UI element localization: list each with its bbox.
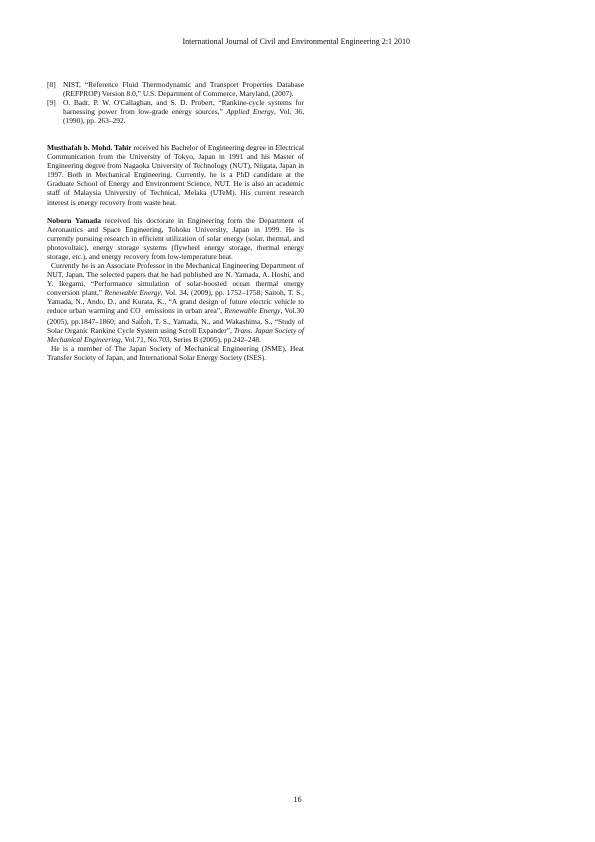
journal-title: Renewable Energy	[224, 306, 280, 315]
author-bio-yamada: Noboru Yamada received his doctorate in …	[47, 216, 304, 363]
bio-paragraph: Musthafah b. Mohd. Tahir received his Ba…	[47, 143, 304, 206]
reference-number: [9]	[47, 98, 63, 125]
bio-paragraph: Noboru Yamada received his doctorate in …	[47, 216, 304, 261]
bio-paragraph: He is a member of The Japan Society of M…	[47, 344, 304, 362]
reference-text: O. Badr, P. W. O'Callaghan, and S. D. Pr…	[63, 98, 304, 125]
author-name: Musthafah b. Mohd. Tahir	[47, 143, 132, 152]
subscript: 2	[141, 316, 144, 321]
author-name: Noboru Yamada	[47, 216, 101, 225]
reference-item: [8] NIST, “Reference Fluid Thermodynamic…	[47, 80, 304, 98]
page-number: 16	[0, 795, 595, 805]
journal-title: Applied Energy	[226, 107, 274, 116]
bio-paragraph: Currently he is an Associate Professor i…	[47, 261, 304, 344]
reference-number: [8]	[47, 80, 63, 98]
text-column: [8] NIST, “Reference Fluid Thermodynamic…	[47, 80, 304, 362]
running-header: International Journal of Civil and Envir…	[0, 37, 410, 47]
reference-list: [8] NIST, “Reference Fluid Thermodynamic…	[47, 80, 304, 125]
reference-text: NIST, “Reference Fluid Thermodynamic and…	[63, 80, 304, 98]
author-bio-tahir: Musthafah b. Mohd. Tahir received his Ba…	[47, 143, 304, 206]
journal-title: Renewable Energy	[104, 288, 160, 297]
reference-item: [9] O. Badr, P. W. O'Callaghan, and S. D…	[47, 98, 304, 125]
